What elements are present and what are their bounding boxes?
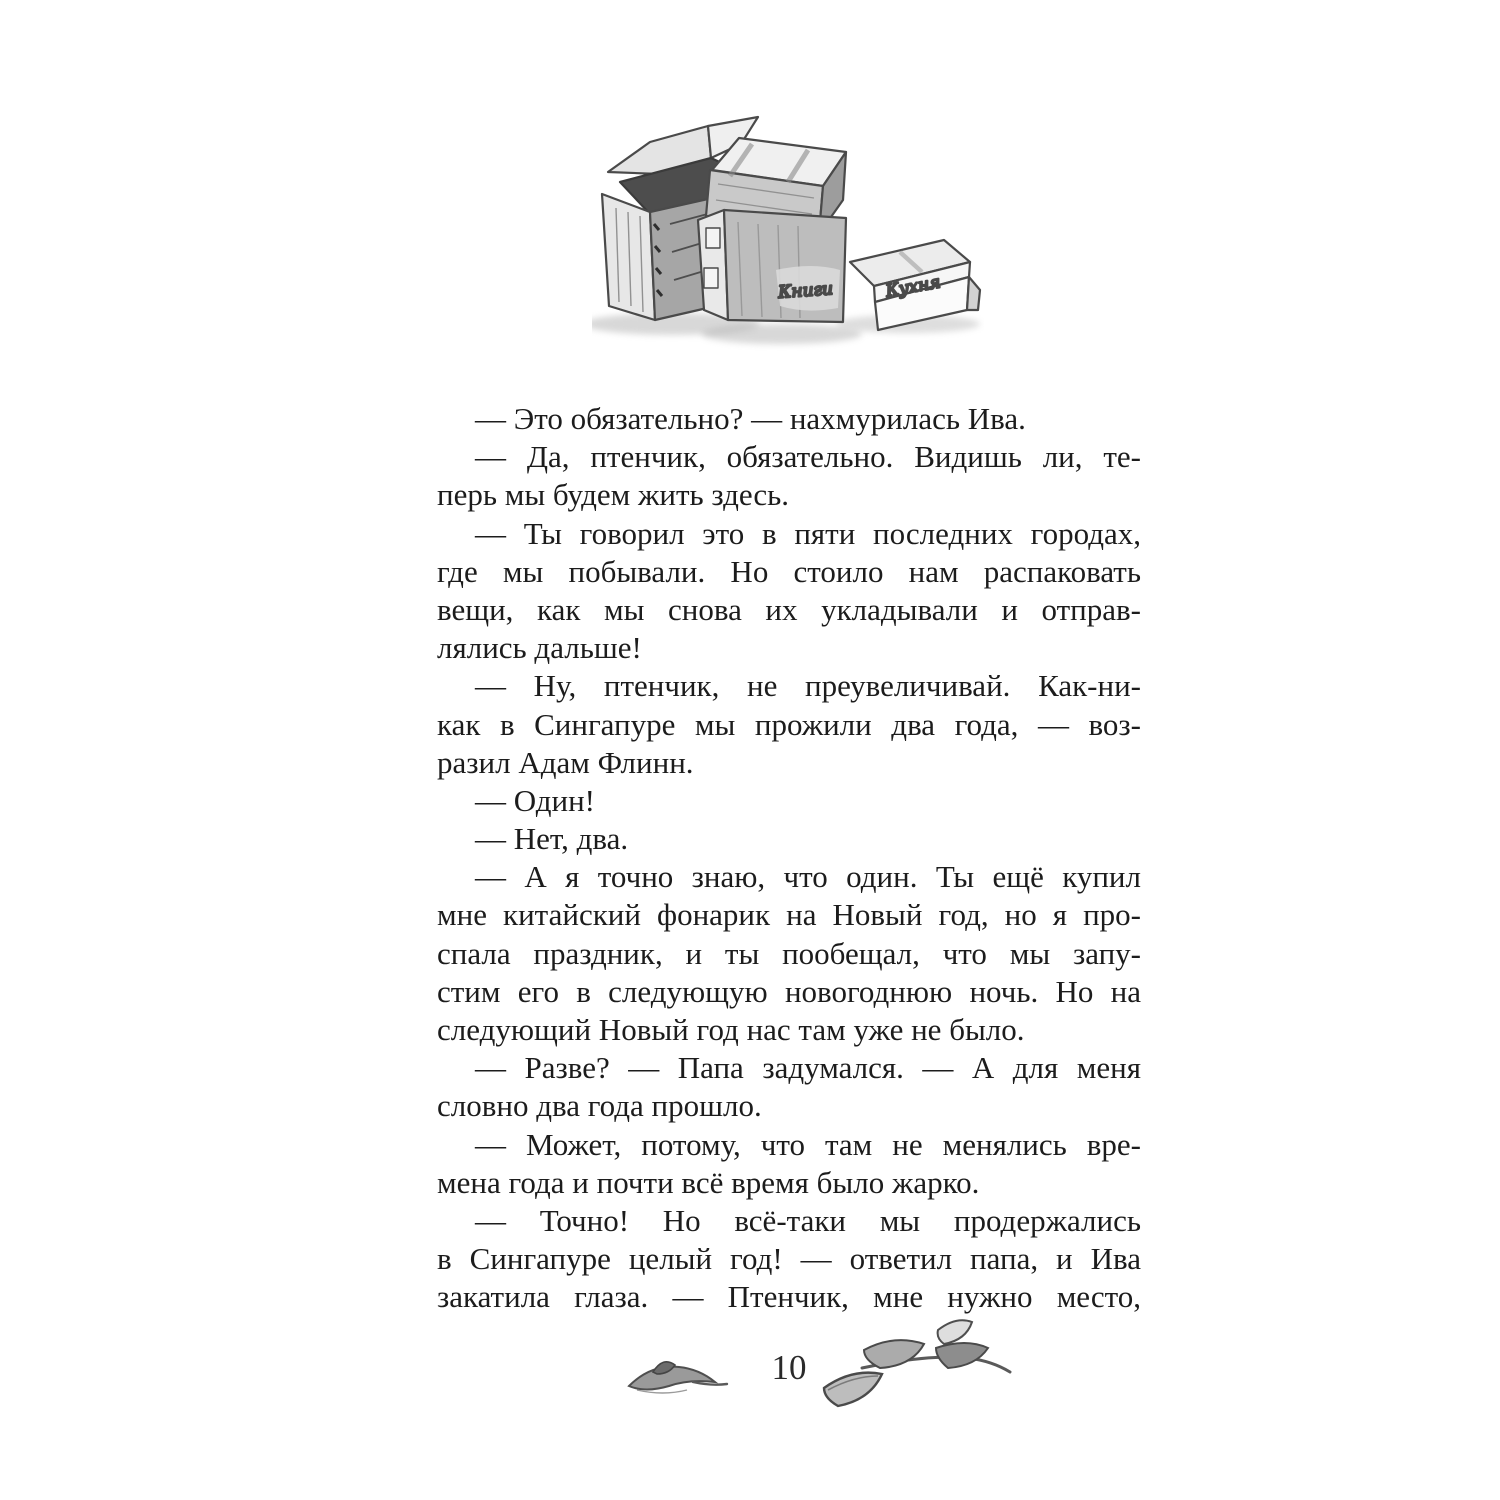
text-line: следующий Новый год нас там уже не было. (437, 1011, 1141, 1049)
text-line: словно два года прошло. (437, 1087, 1141, 1125)
text-line: — Ты говорил это в пяти последних города… (437, 515, 1141, 553)
text-line: мена года и почти всё время было жарко. (437, 1164, 1141, 1202)
book-page: Книги Кухня — Это обязательно? — нахмури… (0, 0, 1500, 1500)
text-line: — Да, птенчик, обязательно. Видишь ли, т… (437, 438, 1141, 476)
text-line: стим его в следующую новогоднюю ночь. Но… (437, 973, 1141, 1011)
text-line: лялись дальше! (437, 629, 1141, 667)
text-line: мне китайский фонарик на Новый год, но я… (437, 896, 1141, 934)
text-line: разил Адам Флинн. (437, 744, 1141, 782)
text-line: — Разве? — Папа задумался. — А для меня (437, 1049, 1141, 1087)
leaf-sketch-right (798, 1316, 1016, 1418)
body-text: — Это обязательно? — нахмурилась Ива.— Д… (437, 400, 1141, 1317)
moving-boxes-illustration: Книги Кухня (592, 112, 984, 352)
text-line: — Точно! Но всё-таки мы продержались (437, 1202, 1141, 1240)
text-line: — А я точно знаю, что один. Ты ещё купил (437, 858, 1141, 896)
text-line: перь мы будем жить здесь. (437, 476, 1141, 514)
text-line: — Нет, два. (437, 820, 1141, 858)
text-line: где мы побывали. Но стоило нам распакова… (437, 553, 1141, 591)
page-number: 10 (437, 1348, 1141, 1388)
text-line: в Сингапуре целый год! — ответил папа, и… (437, 1240, 1141, 1278)
books-box-label: Книги (777, 279, 834, 303)
text-line: закатила глаза. — Птенчик, мне нужно мес… (437, 1278, 1141, 1316)
text-line: — Может, потому, что там не менялись вре… (437, 1126, 1141, 1164)
text-line: как в Сингапуре мы прожили два года, — в… (437, 706, 1141, 744)
text-line: — Один! (437, 782, 1141, 820)
text-line: — Это обязательно? — нахмурилась Ива. (437, 400, 1141, 438)
books-box-sketch: Книги (698, 210, 846, 322)
text-line: спала праздник, и ты пообещал, что мы за… (437, 935, 1141, 973)
text-line: — Ну, птенчик, не преувеличивай. Как-ни- (437, 667, 1141, 705)
text-line: вещи, как мы снова их укладывали и отпра… (437, 591, 1141, 629)
